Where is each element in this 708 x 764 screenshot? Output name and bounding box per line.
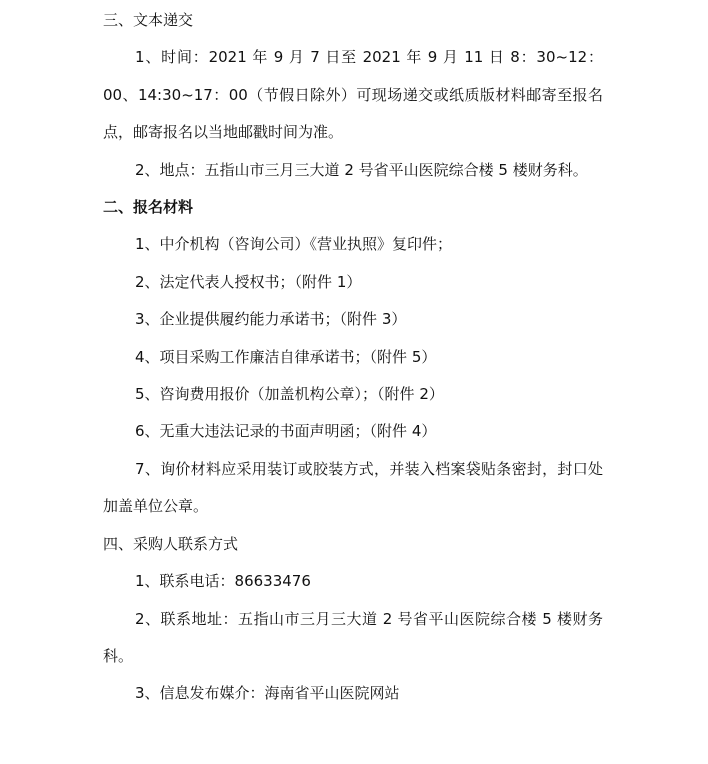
list-item: 3、企业提供履约能力承诺书；（附件 3） (103, 301, 603, 338)
list-item: 4、项目采购工作廉洁自律承诺书；（附件 5） (103, 339, 603, 376)
submission-location: 2、地点：五指山市三月三大道 2 号省平山医院综合楼 5 楼财务科。 (103, 152, 603, 189)
document-page: 三、文本递交 1、时间：2021 年 9 月 7 日至 2021 年 9 月 1… (103, 2, 603, 713)
list-item: 2、法定代表人授权书；（附件 1） (103, 264, 603, 301)
submission-time: 1、时间：2021 年 9 月 7 日至 2021 年 9 月 11 日 8：3… (103, 39, 603, 151)
contact-phone: 1、联系电话：86633476 (103, 563, 603, 600)
info-media: 3、信息发布媒介：海南省平山医院网站 (103, 675, 603, 712)
list-item: 7、询价材料应采用装订或胶装方式，并装入档案袋贴条密封，封口处加盖单位公章。 (103, 451, 603, 526)
section-purchaser-contact: 四、采购人联系方式 1、联系电话：86633476 2、联系地址：五指山市三月三… (103, 526, 603, 713)
contact-address: 2、联系地址：五指山市三月三大道 2 号省平山医院综合楼 5 楼财务科。 (103, 601, 603, 676)
list-item: 5、咨询费用报价（加盖机构公章）；（附件 2） (103, 376, 603, 413)
section-heading: 二、报名材料 (103, 189, 603, 226)
list-item: 6、无重大违法记录的书面声明函；（附件 4） (103, 413, 603, 450)
section-heading: 四、采购人联系方式 (103, 526, 603, 563)
section-registration-materials: 二、报名材料 1、中介机构（咨询公司）《营业执照》复印件； 2、法定代表人授权书… (103, 189, 603, 526)
list-item: 1、中介机构（咨询公司）《营业执照》复印件； (103, 226, 603, 263)
section-text-submission: 三、文本递交 1、时间：2021 年 9 月 7 日至 2021 年 9 月 1… (103, 2, 603, 189)
section-heading: 三、文本递交 (103, 2, 603, 39)
